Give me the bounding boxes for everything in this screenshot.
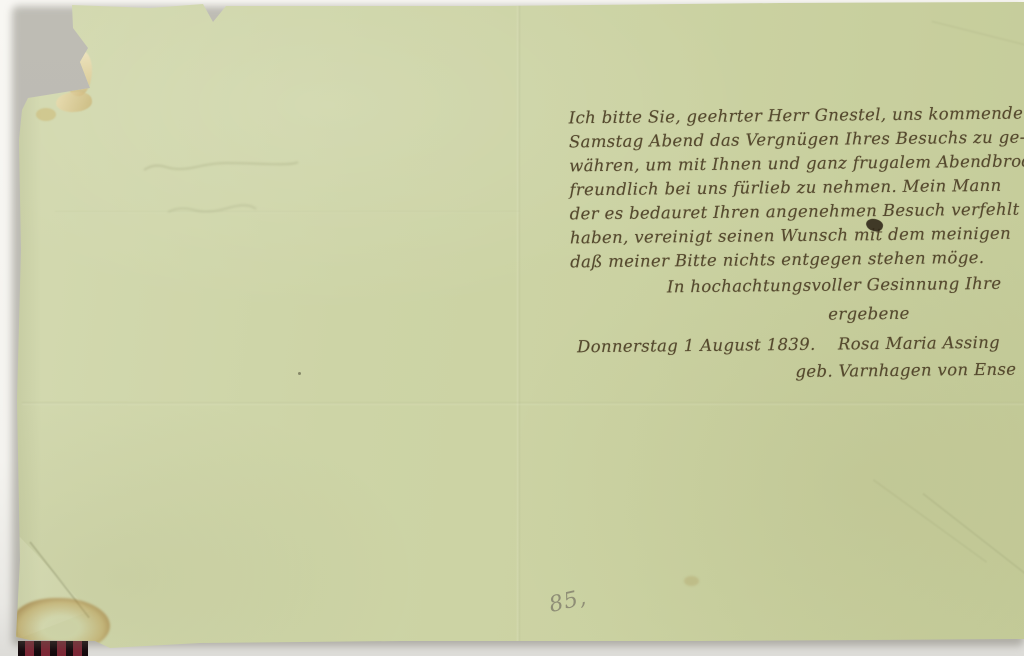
letter-paper: Ich bitte Sie, geehrter Herr Gnestel, un… bbox=[0, 0, 1024, 656]
torn-edge-fragment-2 bbox=[55, 90, 93, 114]
dog-ear-fold bbox=[16, 535, 106, 645]
signature-name: Rosa Maria Assing bbox=[838, 331, 1000, 357]
pencil-annotation: 85, bbox=[547, 585, 590, 618]
show-through-writing bbox=[138, 148, 313, 233]
signature-maiden-name: geb. Varnhagen von Ense bbox=[571, 358, 1016, 387]
letter-closing-line: In hochachtungsvoller Gesinnung Ihre bbox=[570, 272, 1015, 301]
letter-signature-row: Donnerstag 1 August 1839. Rosa Maria Ass… bbox=[571, 331, 1016, 360]
fold-crease-vertical bbox=[517, 4, 520, 644]
wrinkle-crease-bottom-right bbox=[922, 493, 1024, 599]
wrinkle-crease-bottom-right-2 bbox=[873, 479, 987, 563]
dog-ear-crease bbox=[29, 541, 90, 618]
letter-line: daß meiner Bitte nichts entgegen stehen … bbox=[570, 246, 1015, 275]
wrinkle-crease-top-right bbox=[932, 21, 1024, 52]
letter-text-block: Ich bitte Sie, geehrter Herr Gnestel, un… bbox=[569, 102, 1017, 387]
stain-top-left bbox=[36, 108, 56, 121]
ink-speck bbox=[298, 372, 301, 375]
letter-date: Donnerstag 1 August 1839. bbox=[577, 333, 816, 359]
stain-spot-bottom-center bbox=[684, 576, 699, 586]
fold-crease-horizontal bbox=[22, 402, 1024, 405]
letter-valediction: ergebene bbox=[571, 301, 1016, 330]
scanned-letter-page: Ich bitte Sie, geehrter Herr Gnestel, un… bbox=[0, 0, 1024, 656]
